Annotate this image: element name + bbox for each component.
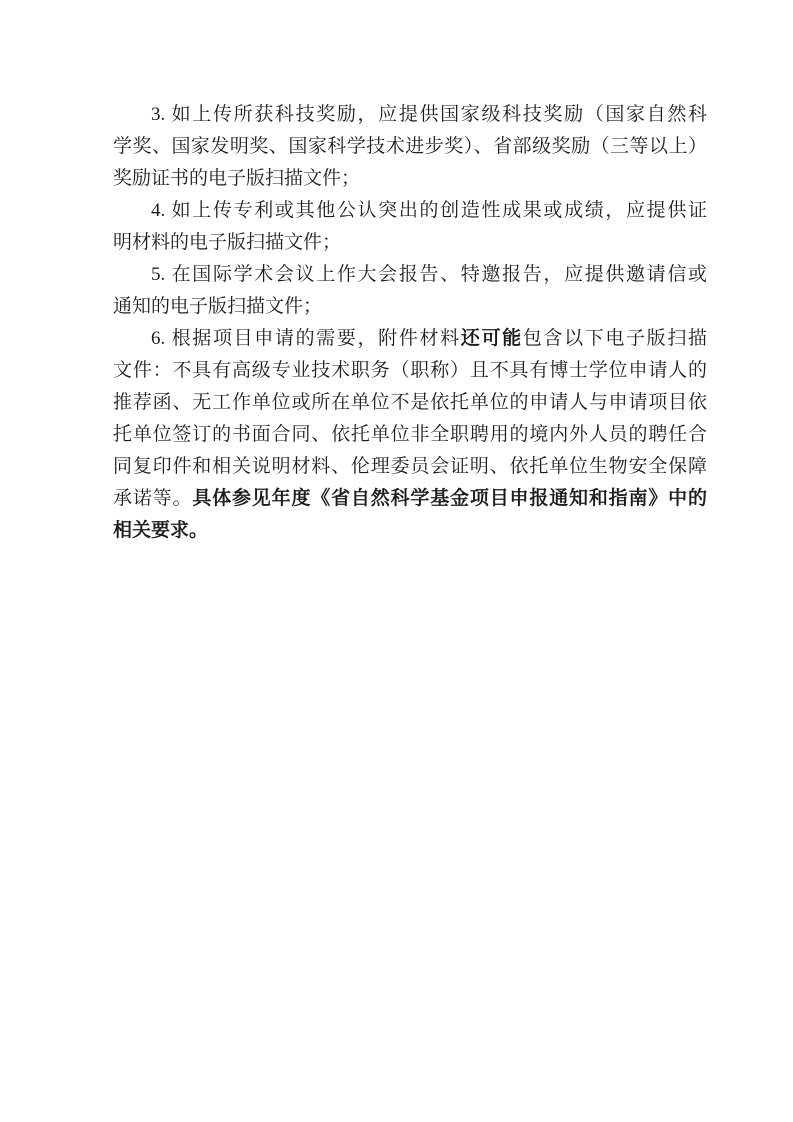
- text-segment: 5. 在国际学术会议上作大会报告、特邀报告，应提供邀请信或: [151, 264, 707, 285]
- text-line: 明材料的电子版扫描文件；: [113, 227, 707, 259]
- text-segment: 3. 如上传所获科技奖励，应提供国家级科技奖励（国家自然科: [151, 104, 707, 125]
- text-line: 4. 如上传专利或其他公认突出的创造性成果或成绩，应提供证: [113, 195, 707, 227]
- text-line: 学奖、国家发明奖、国家科学技术进步奖）、省部级奖励（三等以上）: [113, 131, 707, 163]
- text-line: 托单位签订的书面合同、依托单位非全职聘用的境内外人员的聘任合: [113, 419, 707, 451]
- text-segment: 文件：不具有高级专业技术职务（职称）且不具有博士学位申请人的: [113, 360, 707, 381]
- text-segment: 同复印件和相关说明材料、伦理委员会证明、依托单位生物安全保障: [113, 456, 707, 477]
- text-line: 推荐函、无工作单位或所在单位不是依托单位的申请人与申请项目依: [113, 387, 707, 419]
- text-line: 承诺等。具体参见年度《省自然科学基金项目申报通知和指南》中的: [113, 483, 707, 515]
- document-body: 3. 如上传所获科技奖励，应提供国家级科技奖励（国家自然科学奖、国家发明奖、国家…: [113, 99, 707, 547]
- text-line: 奖励证书的电子版扫描文件；: [113, 163, 707, 195]
- text-segment: 托单位签订的书面合同、依托单位非全职聘用的境内外人员的聘任合: [113, 424, 707, 445]
- text-line: 通知的电子版扫描文件；: [113, 291, 707, 323]
- text-line: 6. 根据项目申请的需要，附件材料还可能包含以下电子版扫描: [113, 323, 707, 355]
- text-segment: 推荐函、无工作单位或所在单位不是依托单位的申请人与申请项目依: [113, 392, 707, 413]
- bold-text-segment: 相关要求。: [113, 520, 208, 541]
- bold-text-segment: 还可能: [461, 328, 523, 349]
- paragraph-6: 6. 根据项目申请的需要，附件材料还可能包含以下电子版扫描文件：不具有高级专业技…: [113, 323, 707, 547]
- text-segment: 包含以下电子版扫描: [523, 328, 707, 349]
- document-page: 3. 如上传所获科技奖励，应提供国家级科技奖励（国家自然科学奖、国家发明奖、国家…: [0, 0, 793, 1122]
- paragraph-4: 4. 如上传专利或其他公认突出的创造性成果或成绩，应提供证明材料的电子版扫描文件…: [113, 195, 707, 259]
- text-line: 5. 在国际学术会议上作大会报告、特邀报告，应提供邀请信或: [113, 259, 707, 291]
- paragraph-3: 3. 如上传所获科技奖励，应提供国家级科技奖励（国家自然科学奖、国家发明奖、国家…: [113, 99, 707, 195]
- text-segment: 承诺等。: [113, 488, 192, 509]
- text-line: 文件：不具有高级专业技术职务（职称）且不具有博士学位申请人的: [113, 355, 707, 387]
- text-segment: 4. 如上传专利或其他公认突出的创造性成果或成绩，应提供证: [151, 200, 707, 221]
- text-line: 相关要求。: [113, 515, 707, 547]
- text-line: 3. 如上传所获科技奖励，应提供国家级科技奖励（国家自然科: [113, 99, 707, 131]
- text-line: 同复印件和相关说明材料、伦理委员会证明、依托单位生物安全保障: [113, 451, 707, 483]
- text-segment: 明材料的电子版扫描文件；: [113, 232, 341, 253]
- bold-text-segment: 具体参见年度《省自然科学基金项目申报通知和指南》中的: [192, 488, 707, 509]
- text-segment: 通知的电子版扫描文件；: [113, 296, 322, 317]
- text-segment: 学奖、国家发明奖、国家科学技术进步奖）、省部级奖励（三等以上）: [113, 136, 707, 157]
- text-segment: 6. 根据项目申请的需要，附件材料: [151, 328, 461, 349]
- text-segment: 奖励证书的电子版扫描文件；: [113, 168, 360, 189]
- paragraph-5: 5. 在国际学术会议上作大会报告、特邀报告，应提供邀请信或通知的电子版扫描文件；: [113, 259, 707, 323]
